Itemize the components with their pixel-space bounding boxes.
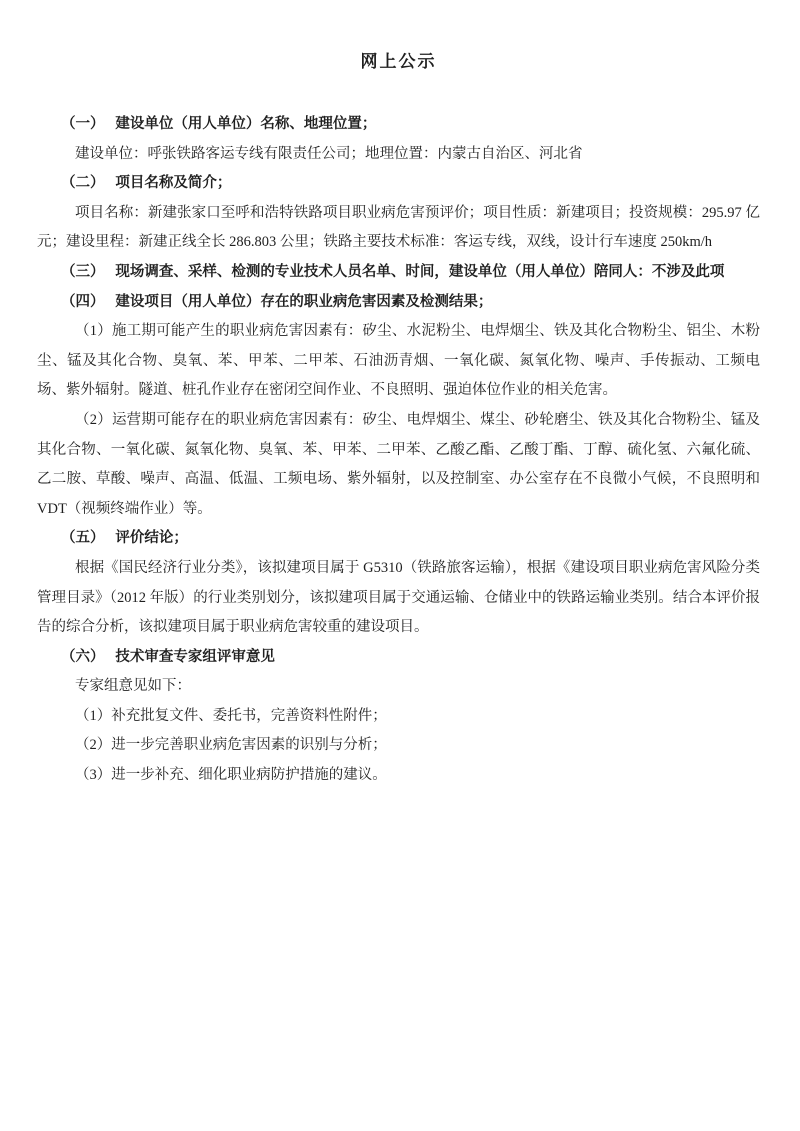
page-title: 网上公示	[37, 50, 760, 74]
section-6: （六）技术审查专家组评审意见 专家组意见如下： （1）补充批复文件、委托书，完善…	[37, 643, 760, 791]
document-page: 网上公示 （一）建设单位（用人单位）名称、地理位置； 建设单位：呼张铁路客运专线…	[0, 0, 800, 1131]
section-heading-text: 技术审查专家组评审意见	[115, 649, 275, 665]
section-heading-text: 建设单位（用人单位）名称、地理位置；	[115, 116, 376, 132]
section-1: （一）建设单位（用人单位）名称、地理位置； 建设单位：呼张铁路客运专线有限责任公…	[37, 110, 760, 169]
paragraph: （1）施工期可能产生的职业病危害因素有：矽尘、水泥粉尘、电焊烟尘、铁及其化合物粉…	[37, 317, 760, 406]
paragraph: 建设单位：呼张铁路客运专线有限责任公司；地理位置：内蒙古自治区、河北省	[37, 140, 760, 170]
section-number: （五）	[61, 530, 105, 546]
section-number: （一）	[61, 116, 105, 132]
section-number: （二）	[61, 175, 105, 191]
section-heading: （一）建设单位（用人单位）名称、地理位置；	[37, 110, 760, 140]
section-5: （五）评价结论； 根据《国民经济行业分类》，该拟建项目属于 G5310（铁路旅客…	[37, 524, 760, 642]
section-heading-text: 项目名称及简介；	[115, 175, 231, 191]
section-heading: （六）技术审查专家组评审意见	[37, 643, 760, 673]
section-heading: （五）评价结论；	[37, 524, 760, 554]
section-4: （四）建设项目（用人单位）存在的职业病危害因素及检测结果； （1）施工期可能产生…	[37, 288, 760, 525]
section-heading: （四）建设项目（用人单位）存在的职业病危害因素及检测结果；	[37, 288, 760, 318]
paragraph: 项目名称：新建张家口至呼和浩特铁路项目职业病危害预评价；项目性质：新建项目；投资…	[37, 199, 760, 258]
section-heading: （二）项目名称及简介；	[37, 169, 760, 199]
paragraph: 根据《国民经济行业分类》，该拟建项目属于 G5310（铁路旅客运输），根据《建设…	[37, 554, 760, 643]
paragraph: （3）进一步补充、细化职业病防护措施的建议。	[37, 761, 760, 791]
section-heading: （三）现场调查、采样、检测的专业技术人员名单、时间，建设单位（用人单位）陪同人：…	[37, 258, 760, 288]
section-3: （三）现场调查、采样、检测的专业技术人员名单、时间，建设单位（用人单位）陪同人：…	[37, 258, 760, 288]
section-heading-text: 现场调查、采样、检测的专业技术人员名单、时间，建设单位（用人单位）陪同人：不涉及…	[115, 264, 724, 280]
section-number: （四）	[61, 294, 105, 310]
section-heading-text: 评价结论；	[115, 530, 188, 546]
paragraph: （2）进一步完善职业病危害因素的识别与分析；	[37, 731, 760, 761]
paragraph: （1）补充批复文件、委托书，完善资料性附件；	[37, 702, 760, 732]
section-2: （二）项目名称及简介； 项目名称：新建张家口至呼和浩特铁路项目职业病危害预评价；…	[37, 169, 760, 258]
section-number: （三）	[61, 264, 105, 280]
section-number: （六）	[61, 649, 105, 665]
paragraph: （2）运营期可能存在的职业病危害因素有：矽尘、电焊烟尘、煤尘、砂轮磨尘、铁及其化…	[37, 406, 760, 524]
paragraph: 专家组意见如下：	[37, 672, 760, 702]
section-heading-text: 建设项目（用人单位）存在的职业病危害因素及检测结果；	[115, 294, 492, 310]
